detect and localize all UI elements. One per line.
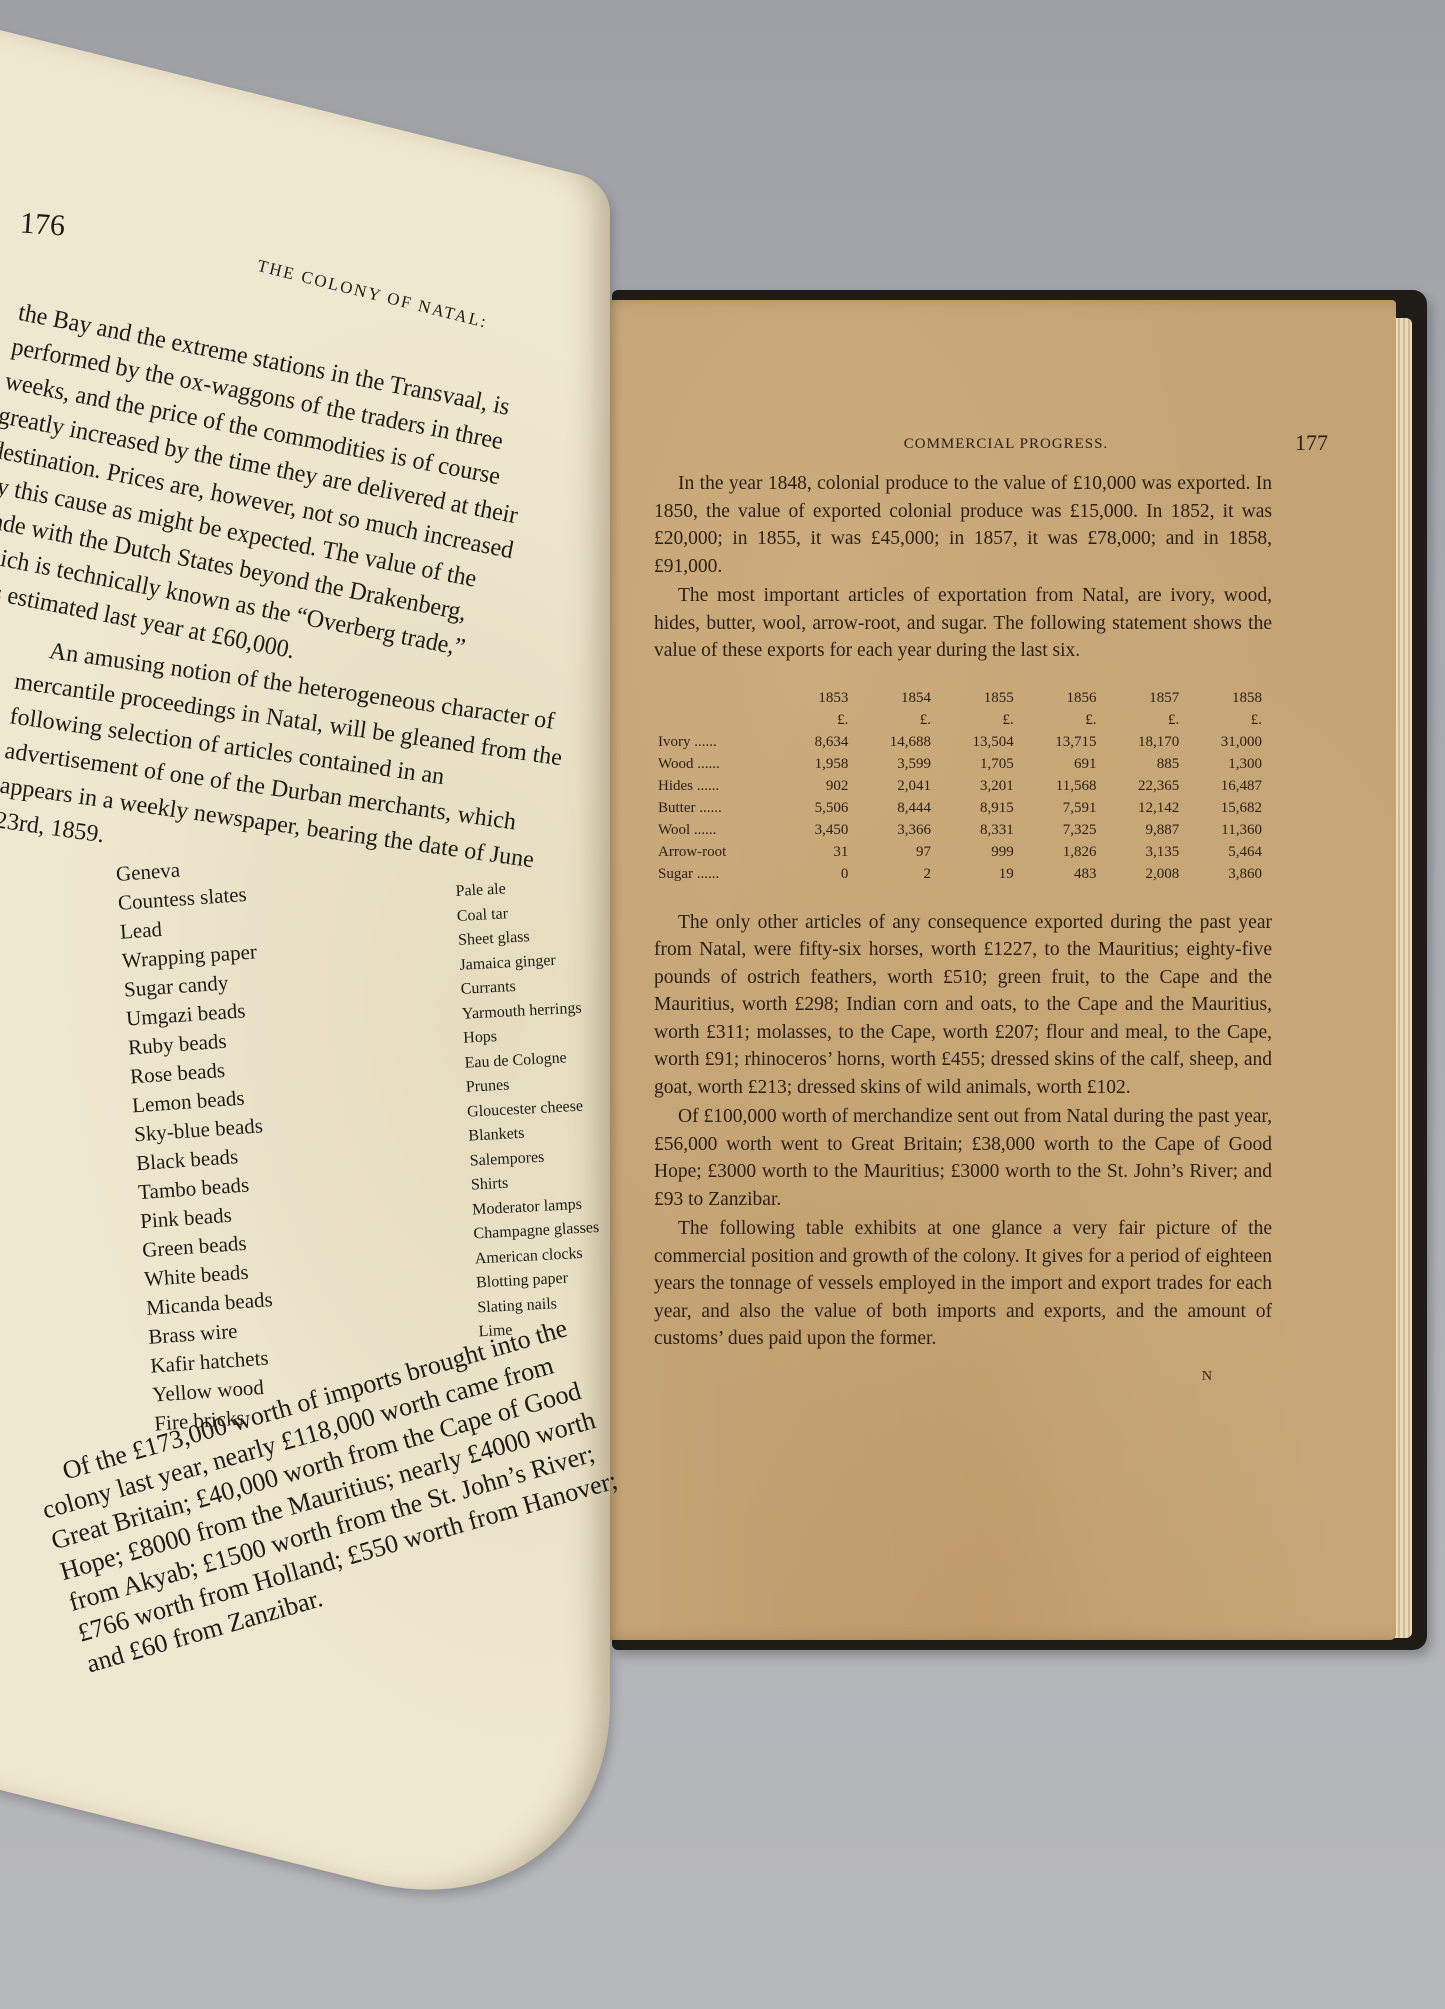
table-header-row: 1853 1854 1855 1856 1857 1858 <box>654 687 1266 709</box>
row-label: Sugar ...... <box>654 863 782 885</box>
table-row: Sugar ......02194832,0083,860 <box>654 863 1266 885</box>
table-cell: 2,041 <box>852 775 935 797</box>
articles-list-right: Pale aleCoal tarSheet glassJamaica ginge… <box>455 872 639 1345</box>
table-cell: 97 <box>852 841 935 863</box>
table-cell: 5,506 <box>782 797 852 819</box>
table-cell: 22,365 <box>1100 775 1183 797</box>
table-cell: 902 <box>782 775 852 797</box>
table-cell: 885 <box>1100 753 1183 775</box>
table-cell: 13,504 <box>935 731 1018 753</box>
table-cell: 7,325 <box>1018 819 1101 841</box>
page-number: 177 <box>1295 430 1328 456</box>
table-cell: 3,450 <box>782 819 852 841</box>
paragraph: Of £100,000 worth of merchandize sent ou… <box>654 1103 1272 1213</box>
table-cell: 1,300 <box>1183 753 1266 775</box>
table-cell: 19 <box>935 863 1018 885</box>
exports-table: 1853 1854 1855 1856 1857 1858 £. £. £. £… <box>654 687 1266 885</box>
table-cell: 1,705 <box>935 753 1018 775</box>
year-header: 1854 <box>852 687 935 709</box>
table-cell: 12,142 <box>1100 797 1183 819</box>
row-label: Wood ...... <box>654 753 782 775</box>
paragraph: In the year 1848, colonial produce to th… <box>654 470 1272 580</box>
table-cell: 3,201 <box>935 775 1018 797</box>
exports-table-body: Ivory ......8,63414,68813,50413,71518,17… <box>654 731 1266 885</box>
table-cell: 8,634 <box>782 731 852 753</box>
table-cell: 9,887 <box>1100 819 1183 841</box>
table-cell: 3,599 <box>852 753 935 775</box>
table-cell: 3,860 <box>1183 863 1266 885</box>
currency-row: £. £. £. £. £. £. <box>654 709 1266 731</box>
year-header: 1856 <box>1018 687 1101 709</box>
table-cell: 999 <box>935 841 1018 863</box>
row-label: Hides ...... <box>654 775 782 797</box>
table-cell: 1,826 <box>1018 841 1101 863</box>
table-cell: 11,568 <box>1018 775 1101 797</box>
table-cell: 16,487 <box>1183 775 1266 797</box>
table-cell: 2 <box>852 863 935 885</box>
book-photo: COMMERCIAL PROGRESS. 177 In the year 184… <box>0 0 1445 2009</box>
table-cell: 7,591 <box>1018 797 1101 819</box>
year-header: 1857 <box>1100 687 1183 709</box>
currency-unit: £. <box>1018 709 1101 731</box>
table-row: Ivory ......8,63414,68813,50413,71518,17… <box>654 731 1266 753</box>
table-cell: 8,444 <box>852 797 935 819</box>
row-label: Butter ...... <box>654 797 782 819</box>
table-cell: 31 <box>782 841 852 863</box>
right-page-header: COMMERCIAL PROGRESS. 177 <box>656 428 1356 458</box>
table-cell: 15,682 <box>1183 797 1266 819</box>
paragraph: The following table exhibits at one glan… <box>654 1215 1272 1353</box>
page-number: 176 <box>19 206 66 243</box>
table-cell: 3,366 <box>852 819 935 841</box>
table-cell: 14,688 <box>852 731 935 753</box>
row-label: Ivory ...... <box>654 731 782 753</box>
table-cell: 483 <box>1018 863 1101 885</box>
table-cell: 13,715 <box>1018 731 1101 753</box>
table-cell: 2,008 <box>1100 863 1183 885</box>
currency-unit: £. <box>852 709 935 731</box>
paragraph: The most important articles of exportati… <box>654 582 1272 665</box>
currency-unit: £. <box>1100 709 1183 731</box>
table-row: Hides ......9022,0413,20111,56822,36516,… <box>654 775 1266 797</box>
table-cell: 18,170 <box>1100 731 1183 753</box>
articles-list-left: GenevaCountess slatesLeadWrapping paperS… <box>115 845 375 1439</box>
table-row: Butter ......5,5068,4448,9157,59112,1421… <box>654 797 1266 819</box>
year-header: 1853 <box>782 687 852 709</box>
running-head: COMMERCIAL PROGRESS. <box>656 436 1356 453</box>
table-row: Wood ......1,9583,5991,7056918851,300 <box>654 753 1266 775</box>
year-header: 1855 <box>935 687 1018 709</box>
table-row: Wool ......3,4503,3668,3317,3259,88711,3… <box>654 819 1266 841</box>
table-cell: 0 <box>782 863 852 885</box>
table-row: Arrow-root31979991,8263,1355,464 <box>654 841 1266 863</box>
right-page: COMMERCIAL PROGRESS. 177 In the year 184… <box>586 300 1396 1640</box>
row-label: Wool ...... <box>654 819 782 841</box>
table-cell: 5,464 <box>1183 841 1266 863</box>
currency-unit: £. <box>782 709 852 731</box>
year-header: 1858 <box>1183 687 1266 709</box>
right-page-body: In the year 1848, colonial produce to th… <box>654 470 1272 1390</box>
currency-unit: £. <box>935 709 1018 731</box>
table-cell: 31,000 <box>1183 731 1266 753</box>
paragraph: The only other articles of any consequen… <box>654 909 1272 1102</box>
table-cell: 3,135 <box>1100 841 1183 863</box>
table-cell: 11,360 <box>1183 819 1266 841</box>
currency-unit: £. <box>1183 709 1266 731</box>
table-cell: 8,915 <box>935 797 1018 819</box>
table-cell: 691 <box>1018 753 1101 775</box>
table-cell: 8,331 <box>935 819 1018 841</box>
table-cell: 1,958 <box>782 753 852 775</box>
signature-mark: N <box>654 1363 1272 1391</box>
row-label: Arrow-root <box>654 841 782 863</box>
